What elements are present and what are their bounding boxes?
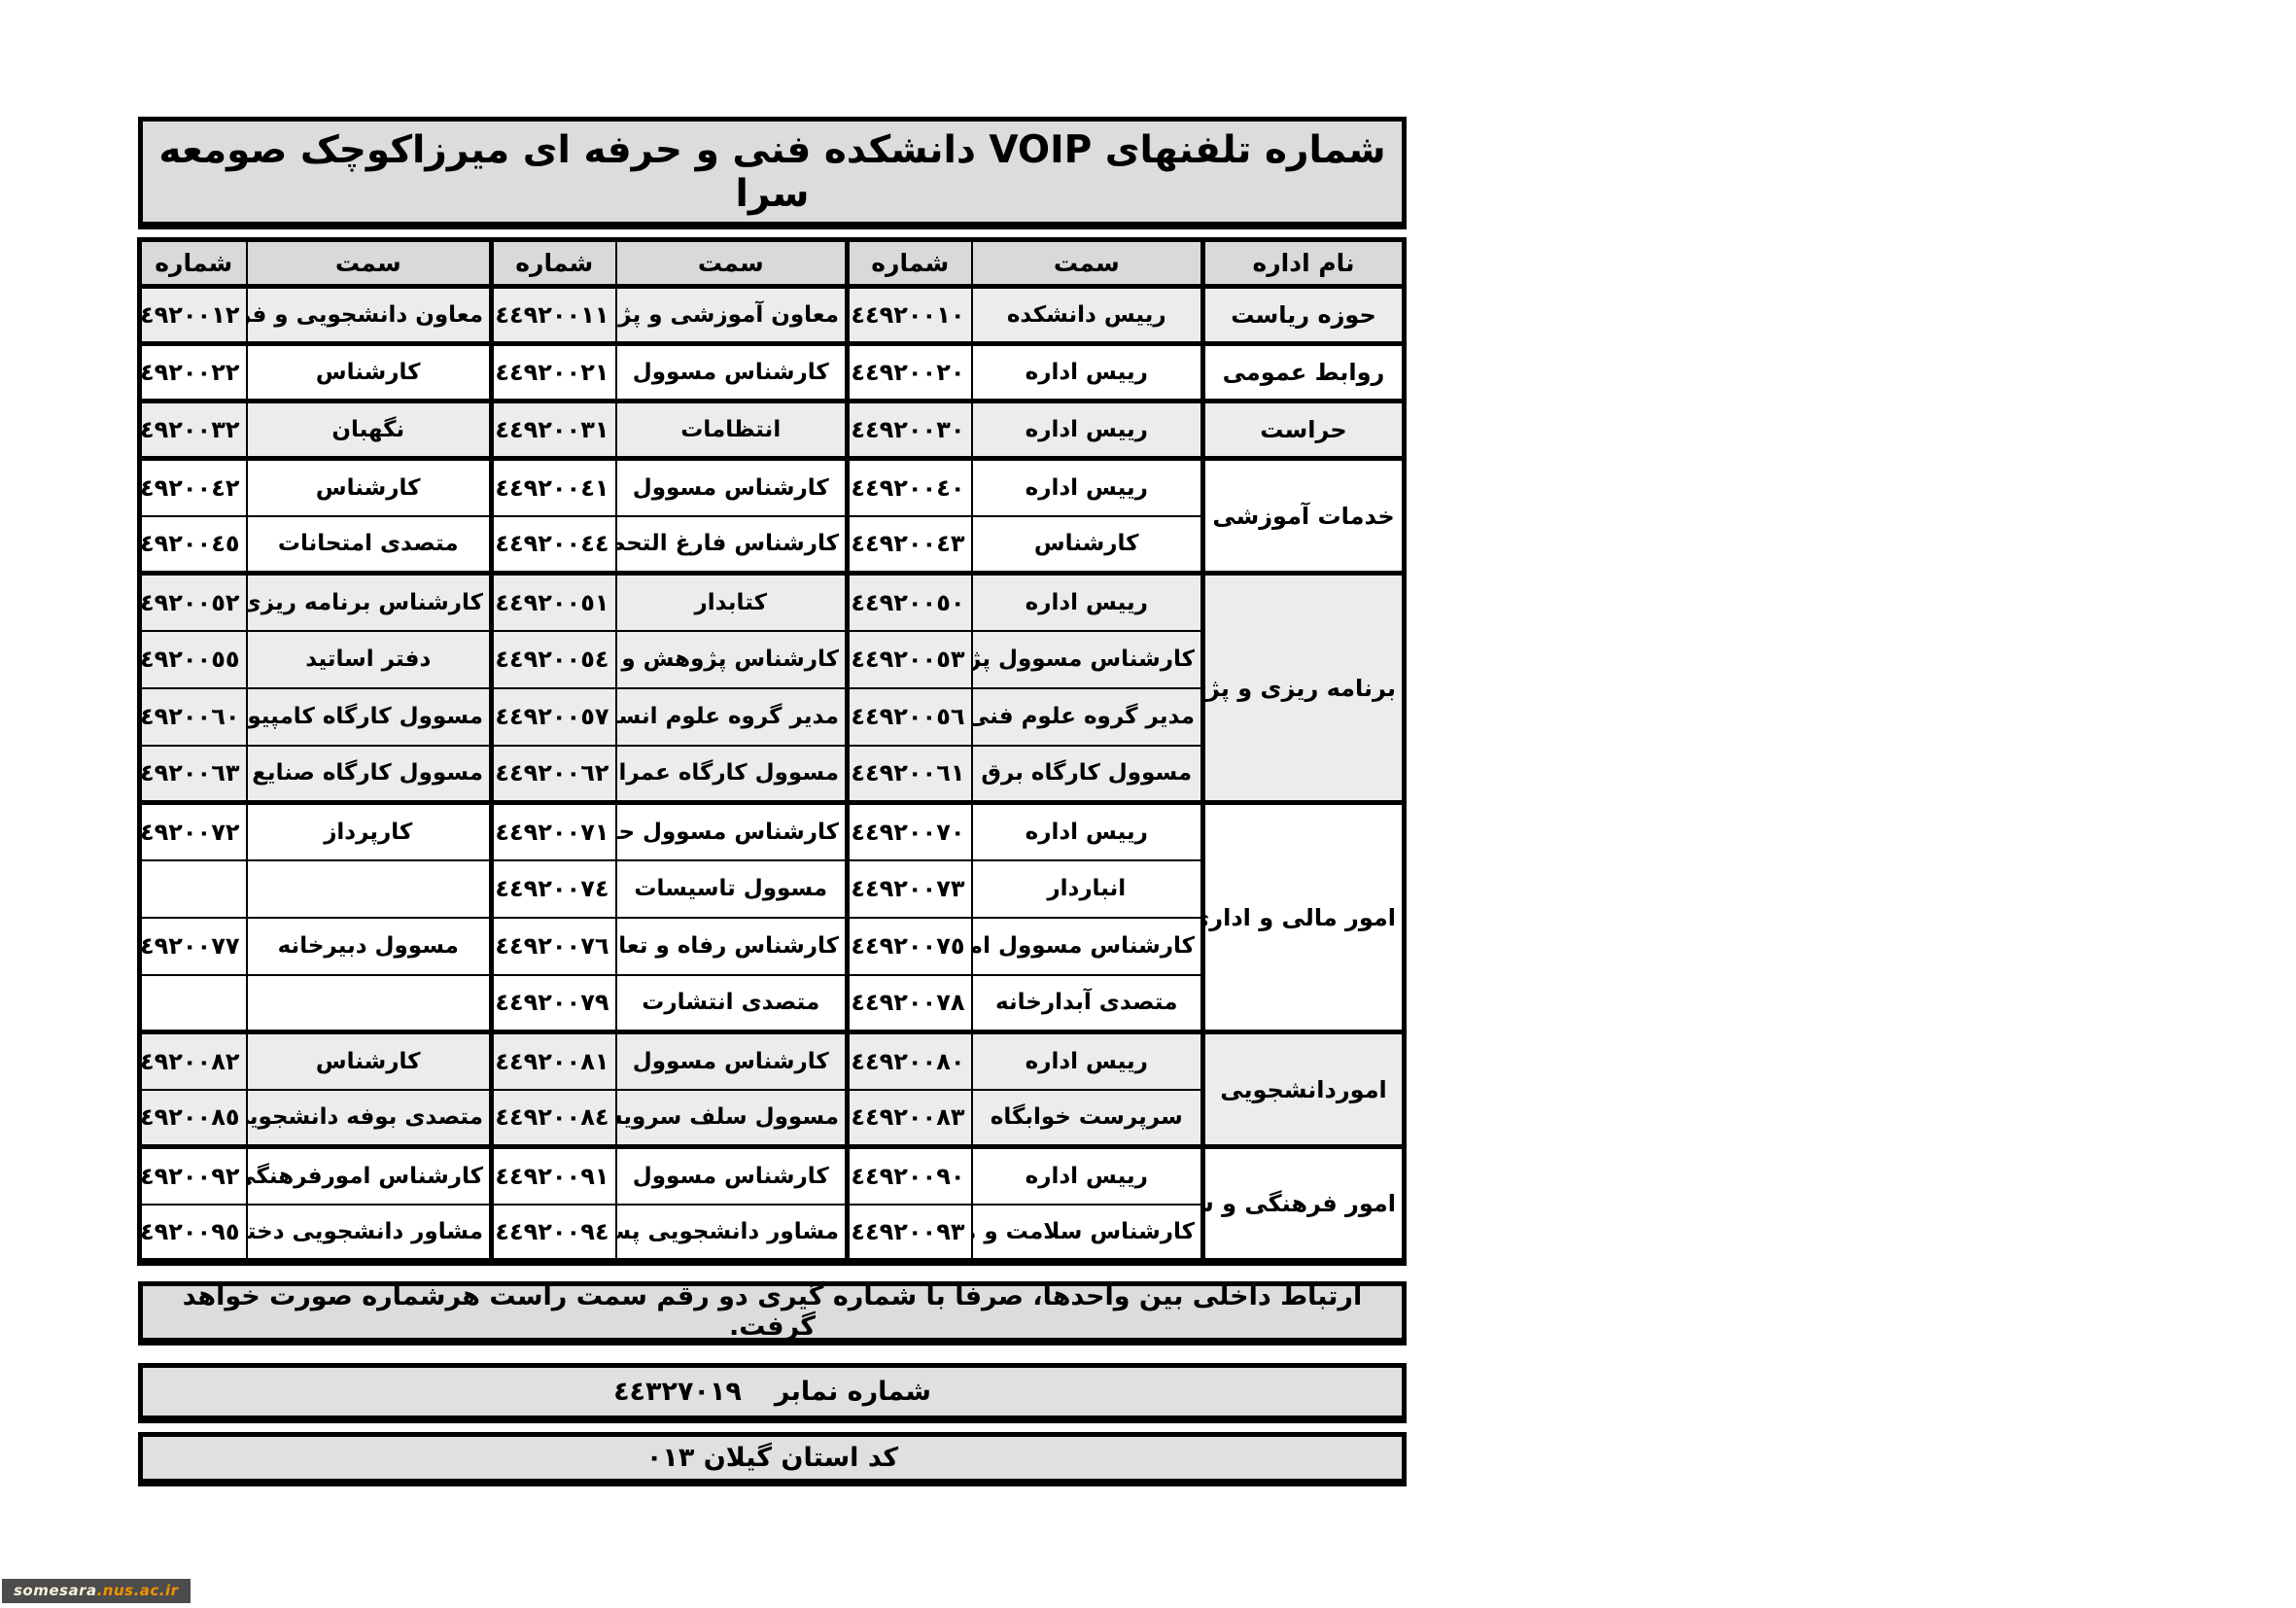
position-cell: سرپرست خوابگاه bbox=[972, 1090, 1203, 1147]
number-cell: ٤٤٩٢٠٠٥٦ bbox=[848, 688, 972, 746]
number-cell: ٤٤٩٢٠٠٧٣ bbox=[848, 860, 972, 918]
number-cell: ٤٤٩٢٠٠٤٣ bbox=[848, 516, 972, 574]
number-cell: ٤٤٩٢٠٠٢١ bbox=[492, 344, 616, 402]
header-cell: سمت bbox=[247, 240, 492, 287]
header-cell: سمت bbox=[616, 240, 848, 287]
number-cell: ٤٤٩٢٠٠٣٢ bbox=[140, 402, 247, 459]
number-cell: ٤٤٩٢٠٠٦٢ bbox=[492, 746, 616, 803]
position-cell: مشاور دانشجویی دختران bbox=[247, 1205, 492, 1262]
position-cell: معاون آموزشی و پژوهشی bbox=[616, 287, 848, 344]
position-cell: کارشناس bbox=[247, 344, 492, 402]
number-cell: ٤٤٩٢٠٠١٢ bbox=[140, 287, 247, 344]
position-cell: کارشناس فارغ التحصیلان bbox=[616, 516, 848, 574]
number-cell: ٤٤٩٢٠٠٨٤ bbox=[492, 1090, 616, 1147]
number-cell: ٤٤٩٢٠٠٨٥ bbox=[140, 1090, 247, 1147]
number-cell: ٤٤٩٢٠٠٣١ bbox=[492, 402, 616, 459]
number-cell: ٤٤٩٢٠٠٩٣ bbox=[848, 1205, 972, 1262]
position-cell: کارشناس مسوول حسابداری bbox=[616, 803, 848, 860]
position-cell: رییس اداره bbox=[972, 1147, 1203, 1205]
position-cell: رییس اداره bbox=[972, 459, 1203, 516]
number-cell: ٤٤٩٢٠٠٧٤ bbox=[492, 860, 616, 918]
document-title: شماره تلفنهای VOIP دانشکده فنی و حرفه ای… bbox=[138, 117, 1407, 229]
header-cell: شماره bbox=[140, 240, 247, 287]
number-cell: ٤٤٩٢٠٠٦١ bbox=[848, 746, 972, 803]
fax-number-box: شماره نمابر ٤٤٣٢٧٠١٩ bbox=[138, 1363, 1407, 1423]
position-cell: کارپرداز bbox=[247, 803, 492, 860]
position-cell: کارشناس مسوول bbox=[616, 1147, 848, 1205]
number-cell: ٤٤٩٢٠٠٧٢ bbox=[140, 803, 247, 860]
internal-dialing-note: ارتباط داخلی بین واحدها، صرفا با شماره گ… bbox=[138, 1281, 1407, 1346]
position-cell: کارشناس امورفرهنگی و فوق برنامه bbox=[247, 1147, 492, 1205]
header-cell: شماره bbox=[848, 240, 972, 287]
number-cell: ٤٤٩٢٠٠٩٥ bbox=[140, 1205, 247, 1262]
number-cell: ٤٤٩٢٠٠٤٤ bbox=[492, 516, 616, 574]
position-cell: کارشناس پژوهش و فناوری bbox=[616, 631, 848, 688]
position-cell: کارشناس برنامه ریزی آموزشی bbox=[247, 574, 492, 631]
number-cell: ٤٤٩٢٠٠٤٠ bbox=[848, 459, 972, 516]
number-cell: ٤٤٩٢٠٠٢٠ bbox=[848, 344, 972, 402]
number-cell: ٤٤٩٢٠٠٧١ bbox=[492, 803, 616, 860]
number-cell: ٤٤٩٢٠٠٨٣ bbox=[848, 1090, 972, 1147]
position-cell: رییس اداره bbox=[972, 402, 1203, 459]
number-cell: ٤٤٩٢٠٠٤٥ bbox=[140, 516, 247, 574]
province-code-box: کد استان گیلان ٠١٣ bbox=[138, 1432, 1407, 1486]
position-cell: متصدی انتشارت bbox=[616, 975, 848, 1032]
position-cell: رییس اداره bbox=[972, 803, 1203, 860]
department-cell: حوزه ریاست bbox=[1203, 287, 1405, 344]
table-row: حراسترییس اداره٤٤٩٢٠٠٣٠انتظامات٤٤٩٢٠٠٣١ن… bbox=[140, 402, 1405, 459]
position-cell: مسوول سلف سرویس bbox=[616, 1090, 848, 1147]
number-cell: ٤٤٩٢٠٠٤١ bbox=[492, 459, 616, 516]
number-cell: ٤٤٩٢٠٠٥٤ bbox=[492, 631, 616, 688]
site-watermark: somesara.nus.ac.ir bbox=[2, 1579, 191, 1603]
position-cell: کارشناس مسوول bbox=[616, 344, 848, 402]
table-row: خدمات آموزشیرییس اداره٤٤٩٢٠٠٤٠کارشناس مس… bbox=[140, 459, 1405, 516]
header-cell: شماره bbox=[492, 240, 616, 287]
department-cell: امور مالی و اداری bbox=[1203, 803, 1405, 1032]
table-row: اموردانشجوییرییس اداره٤٤٩٢٠٠٨٠کارشناس مس… bbox=[140, 1032, 1405, 1090]
position-cell: رییس اداره bbox=[972, 1032, 1203, 1090]
position-cell: رییس اداره bbox=[972, 574, 1203, 631]
table-row: برنامه ریزی و پژوهشرییس اداره٤٤٩٢٠٠٥٠کتا… bbox=[140, 574, 1405, 631]
number-cell: ٤٤٩٢٠٠٥١ bbox=[492, 574, 616, 631]
position-cell: رییس دانشکده bbox=[972, 287, 1203, 344]
number-cell: ٤٤٩٢٠٠٥٣ bbox=[848, 631, 972, 688]
position-cell: کارشناس bbox=[247, 459, 492, 516]
position-cell: کارشناس مسوول bbox=[616, 1032, 848, 1090]
number-cell: ٤٤٩٢٠٠٧٦ bbox=[492, 918, 616, 975]
position-cell: مدیر گروه علوم فنی bbox=[972, 688, 1203, 746]
number-cell: ٤٤٩٢٠٠٩٢ bbox=[140, 1147, 247, 1205]
position-cell: دفتر اساتید bbox=[247, 631, 492, 688]
position-cell: مسوول کارگاه صنایع چوب bbox=[247, 746, 492, 803]
position-cell: مسوول کارگاه کامپیوتر bbox=[247, 688, 492, 746]
position-cell: مسوول کارگاه برق bbox=[972, 746, 1203, 803]
phone-directory-table: نام ادارهسمتشمارهسمتشمارهسمتشماره حوزه ر… bbox=[137, 237, 1407, 1266]
position-cell: مسوول دبیرخانه bbox=[247, 918, 492, 975]
number-cell: ٤٤٩٢٠٠٨٢ bbox=[140, 1032, 247, 1090]
department-cell: اموردانشجویی bbox=[1203, 1032, 1405, 1147]
number-cell: ٤٤٩٢٠٠٦٣ bbox=[140, 746, 247, 803]
number-cell: ٤٤٩٢٠٠٥٠ bbox=[848, 574, 972, 631]
position-cell: انتظامات bbox=[616, 402, 848, 459]
number-cell bbox=[140, 860, 247, 918]
number-cell: ٤٤٩٢٠٠٤٢ bbox=[140, 459, 247, 516]
number-cell: ٤٤٩٢٠٠٨٠ bbox=[848, 1032, 972, 1090]
position-cell: انباردار bbox=[972, 860, 1203, 918]
table-row: حوزه ریاسترییس دانشکده٤٤٩٢٠٠١٠معاون آموز… bbox=[140, 287, 1405, 344]
header-cell: نام اداره bbox=[1203, 240, 1405, 287]
number-cell: ٤٤٩٢٠٠٧٠ bbox=[848, 803, 972, 860]
number-cell: ٤٤٩٢٠٠١١ bbox=[492, 287, 616, 344]
fax-number: ٤٤٣٢٧٠١٩ bbox=[613, 1377, 742, 1407]
position-cell: کارشناس مسوول bbox=[616, 459, 848, 516]
number-cell: ٤٤٩٢٠٠٩٤ bbox=[492, 1205, 616, 1262]
department-cell: حراست bbox=[1203, 402, 1405, 459]
number-cell: ٤٤٩٢٠٠٧٩ bbox=[492, 975, 616, 1032]
table-header-row: نام ادارهسمتشمارهسمتشمارهسمتشماره bbox=[140, 240, 1405, 287]
number-cell: ٤٤٩٢٠٠٥٥ bbox=[140, 631, 247, 688]
position-cell: مشاور دانشجویی پسران bbox=[616, 1205, 848, 1262]
watermark-site-domain: .nus.ac.ir bbox=[97, 1582, 179, 1599]
fax-label: شماره نمابر bbox=[775, 1377, 931, 1407]
department-cell: امور فرهنگی و سلامت bbox=[1203, 1147, 1405, 1262]
position-cell: رییس اداره bbox=[972, 344, 1203, 402]
position-cell: متصدی آبدارخانه bbox=[972, 975, 1203, 1032]
position-cell bbox=[247, 860, 492, 918]
number-cell: ٤٤٩٢٠٠٧٥ bbox=[848, 918, 972, 975]
number-cell: ٤٤٩٢٠٠١٠ bbox=[848, 287, 972, 344]
position-cell: کارشناس مسوول پژوهش و فناوری bbox=[972, 631, 1203, 688]
number-cell: ٤٤٩٢٠٠٨١ bbox=[492, 1032, 616, 1090]
watermark-site-name: somesara bbox=[14, 1582, 97, 1599]
document-page: { "title": "شماره تلفنهای VOIP دانشکده ف… bbox=[0, 0, 2296, 1608]
position-cell: معاون دانشجویی و فرهنگی bbox=[247, 287, 492, 344]
position-cell: کارشناس سلامت و مشاوره bbox=[972, 1205, 1203, 1262]
number-cell: ٤٤٩٢٠٠٣٠ bbox=[848, 402, 972, 459]
position-cell: کارشناس bbox=[972, 516, 1203, 574]
number-cell bbox=[140, 975, 247, 1032]
number-cell: ٤٤٩٢٠٠٥٧ bbox=[492, 688, 616, 746]
position-cell: مسوول کارگاه عمران bbox=[616, 746, 848, 803]
position-cell: متصدی بوفه دانشجویی bbox=[247, 1090, 492, 1147]
number-cell: ٤٤٩٢٠٠٩١ bbox=[492, 1147, 616, 1205]
position-cell: کارشناس مسوول اموراداری bbox=[972, 918, 1203, 975]
position-cell: مدیر گروه علوم انسانی bbox=[616, 688, 848, 746]
number-cell: ٤٤٩٢٠٠٩٠ bbox=[848, 1147, 972, 1205]
department-cell: روابط عمومی bbox=[1203, 344, 1405, 402]
position-cell: کتابدار bbox=[616, 574, 848, 631]
position-cell: متصدی امتحانات bbox=[247, 516, 492, 574]
phone-directory-document: شماره تلفنهای VOIP دانشکده فنی و حرفه ای… bbox=[138, 117, 1407, 1486]
table-row: روابط عمومیرییس اداره٤٤٩٢٠٠٢٠کارشناس مسو… bbox=[140, 344, 1405, 402]
position-cell: کارشناس bbox=[247, 1032, 492, 1090]
number-cell: ٤٤٩٢٠٠٧٧ bbox=[140, 918, 247, 975]
position-cell: نگهبان bbox=[247, 402, 492, 459]
position-cell bbox=[247, 975, 492, 1032]
number-cell: ٤٤٩٢٠٠٦٠ bbox=[140, 688, 247, 746]
position-cell: کارشناس رفاه و تعاون bbox=[616, 918, 848, 975]
number-cell: ٤٤٩٢٠٠٢٢ bbox=[140, 344, 247, 402]
table-row: امور فرهنگی و سلامترییس اداره٤٤٩٢٠٠٩٠کار… bbox=[140, 1147, 1405, 1205]
number-cell: ٤٤٩٢٠٠٧٨ bbox=[848, 975, 972, 1032]
position-cell: مسوول تاسیسات bbox=[616, 860, 848, 918]
header-cell: سمت bbox=[972, 240, 1203, 287]
department-cell: خدمات آموزشی bbox=[1203, 459, 1405, 574]
table-row: امور مالی و اداریرییس اداره٤٤٩٢٠٠٧٠کارشن… bbox=[140, 803, 1405, 860]
number-cell: ٤٤٩٢٠٠٥٢ bbox=[140, 574, 247, 631]
department-cell: برنامه ریزی و پژوهش bbox=[1203, 574, 1405, 803]
